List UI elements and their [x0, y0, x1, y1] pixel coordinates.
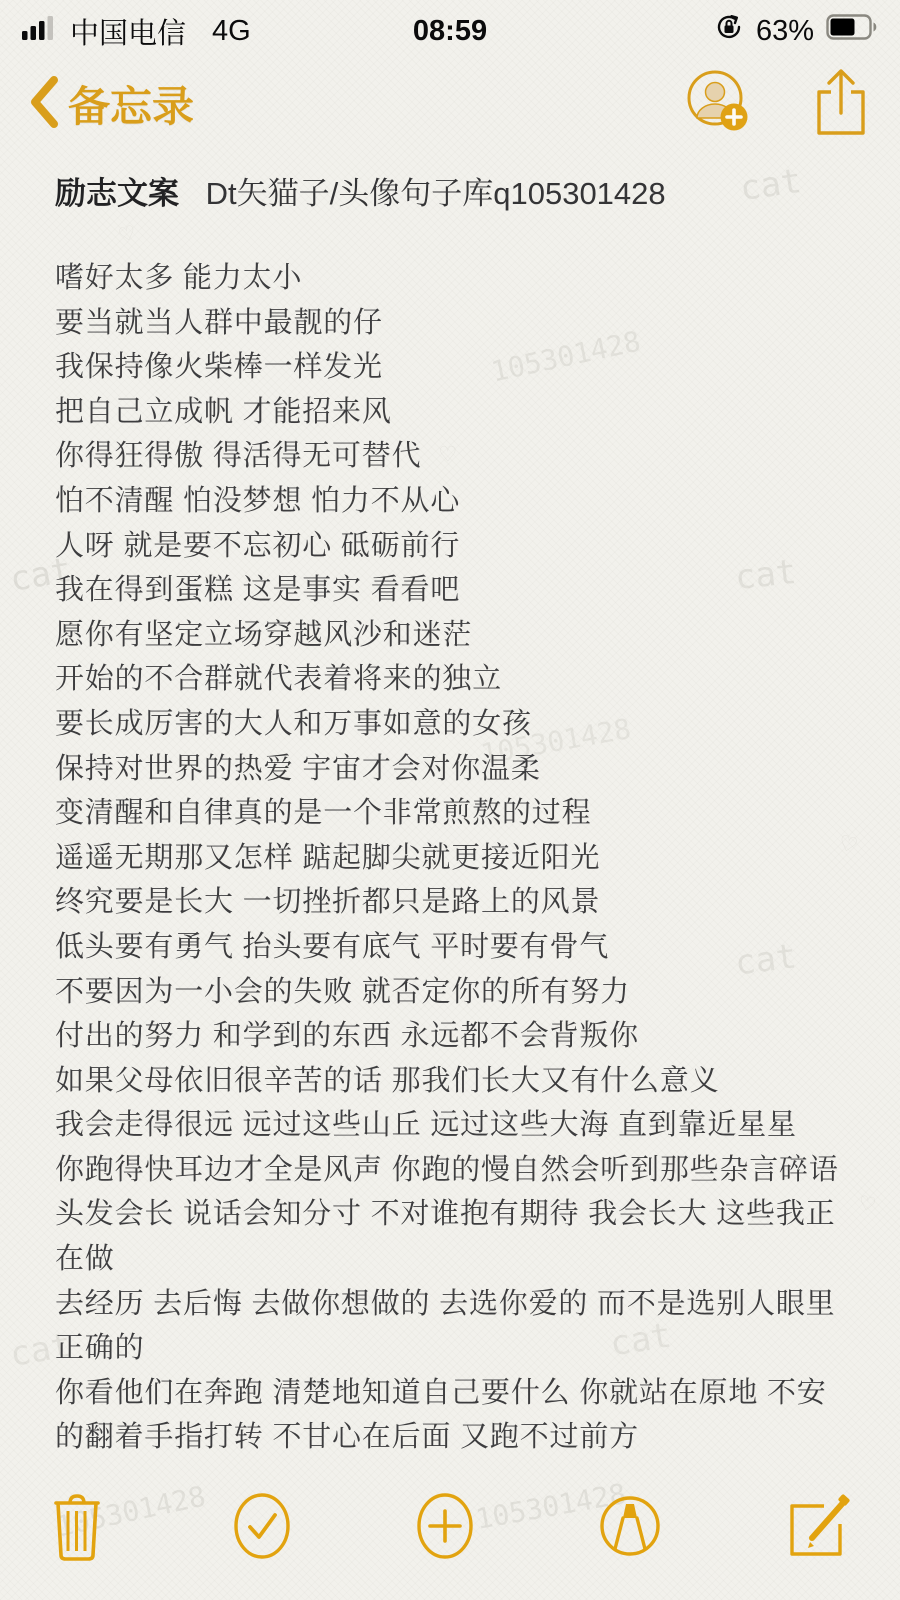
note-line: 你看他们在奔跑 清楚地知道自己要什么 你就站在原地 不安的翻着手指打转 不甘心在… — [55, 1371, 845, 1460]
note-line: 人呀 就是要不忘初心 砥砺前行 — [55, 524, 845, 569]
note-line: 保持对世界的热爱 宇宙才会对你温柔 — [55, 747, 845, 792]
battery-icon — [826, 14, 878, 48]
note-line: 怕不清醒 怕没梦想 怕力不从心 — [55, 479, 845, 524]
add-button[interactable] — [415, 1491, 475, 1564]
markup-button[interactable] — [599, 1491, 661, 1564]
note-line: 变清醒和自律真的是一个非常煎熬的过程 — [55, 791, 845, 836]
note-line: 愿你有坚定立场穿越风沙和迷茫 — [55, 613, 845, 658]
status-bar: 中国电信 4G 08:59 63% — [0, 0, 900, 56]
add-icon — [415, 1491, 475, 1564]
note-line: 我会走得很远 远过这些山丘 远过这些大海 直到靠近星星 — [55, 1103, 845, 1148]
checklist-button[interactable] — [232, 1491, 292, 1564]
rotation-lock-icon — [714, 12, 744, 50]
note-line: 我保持像火柴棒一样发光 — [55, 345, 845, 390]
checklist-icon — [232, 1491, 292, 1564]
note-line: 要长成厉害的大人和万事如意的女孩 — [55, 702, 845, 747]
note-line: 我在得到蛋糕 这是事实 看看吧 — [55, 568, 845, 613]
network-type-label: 4G — [212, 15, 251, 48]
battery-percent-label: 63% — [756, 15, 814, 48]
carrier-label: 中国电信 — [70, 11, 186, 52]
note-title: 励志文案 Dt矢猫子/头像句子库q105301428 — [55, 174, 845, 214]
note-line: 你跑得快耳边才全是风声 你跑的慢自然会听到那些杂言碎语 — [55, 1148, 845, 1193]
note-title-suffix: Dt矢猫子/头像句子库q105301428 — [206, 176, 666, 211]
trash-icon — [46, 1489, 108, 1566]
notes-app-screen: catcatcatcatcatcat1053014281053014281053… — [0, 0, 900, 1600]
note-content[interactable]: 励志文案 Dt矢猫子/头像句子库q105301428 嗜好太多 能力太小要当就当… — [0, 152, 900, 1460]
bottom-toolbar — [0, 1468, 900, 1600]
back-button[interactable]: 备忘录 — [28, 74, 194, 134]
note-line: 低头要有勇气 抬头要有底气 平时要有骨气 — [55, 925, 845, 970]
note-line: 要当就当人群中最靓的仔 — [55, 301, 845, 346]
note-line: 嗜好太多 能力太小 — [55, 256, 845, 301]
note-title-main: 励志文案 — [55, 176, 179, 211]
note-line: 付出的努力 和学到的东西 永远都不会背叛你 — [55, 1014, 845, 1059]
trash-button[interactable] — [46, 1489, 108, 1566]
share-icon[interactable] — [812, 67, 870, 142]
note-line: 把自己立成帆 才能招来风 — [55, 390, 845, 435]
note-line: 开始的不合群就代表着将来的独立 — [55, 657, 845, 702]
back-button-label: 备忘录 — [68, 74, 194, 134]
note-line: 遥遥无期那又怎样 踮起脚尖就更接近阳光 — [55, 836, 845, 881]
note-line: 你得狂得傲 得活得无可替代 — [55, 434, 845, 479]
signal-bars-icon — [22, 15, 58, 48]
note-line: 不要因为一小会的失败 就否定你的所有努力 — [55, 970, 845, 1015]
note-line: 终究要是长大 一切挫折都只是路上的风景 — [55, 880, 845, 925]
compose-icon — [784, 1490, 854, 1565]
note-line: 去经历 去后悔 去做你想做的 去选你爱的 而不是选别人眼里正确的 — [55, 1282, 845, 1371]
note-line: 头发会长 说话会知分寸 不对谁抱有期待 我会长大 这些我正在做 — [55, 1192, 845, 1281]
note-line: 如果父母依旧很辛苦的话 那我们长大又有什么意义 — [55, 1059, 845, 1104]
markup-icon — [599, 1491, 661, 1564]
note-body: 嗜好太多 能力太小要当就当人群中最靓的仔我保持像火柴棒一样发光把自己立成帆 才能… — [55, 256, 845, 1460]
compose-button[interactable] — [784, 1490, 854, 1565]
nav-bar: 备忘录 — [0, 56, 900, 152]
add-people-icon[interactable] — [684, 67, 754, 142]
back-chevron-icon — [28, 76, 58, 133]
